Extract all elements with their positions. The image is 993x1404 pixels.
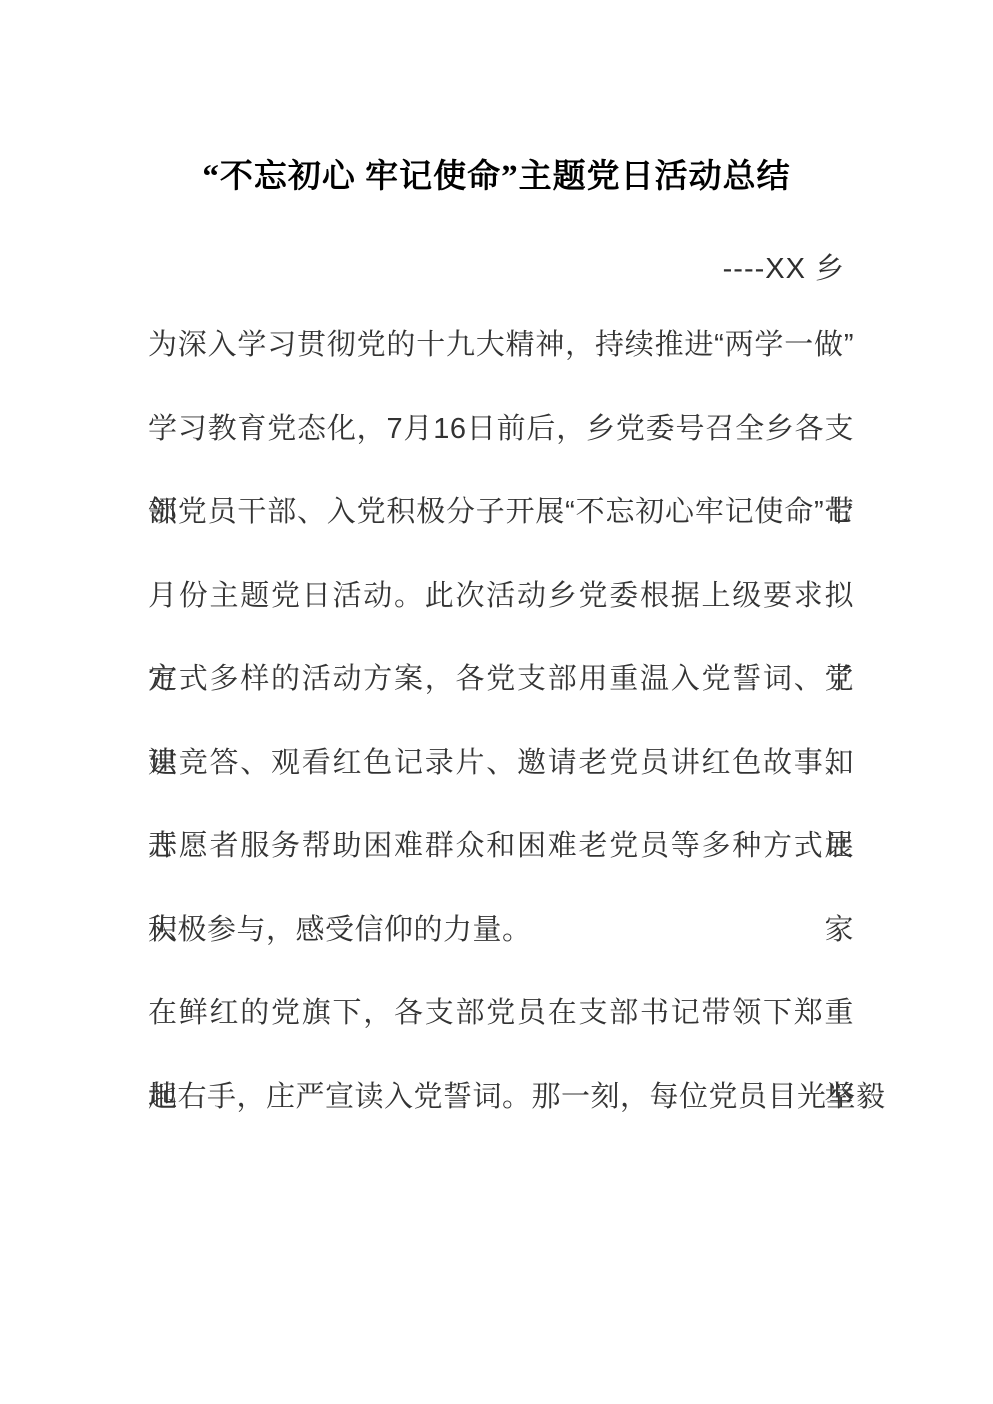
text-line: 领党员干部、入党积极分子开展“不忘初心牢记使命”七 (148, 471, 854, 555)
text-line: 学习教育党态化，7月16日前后，乡党委号召全乡各支部带 (148, 388, 854, 472)
text-line: 在鲜红的党旗下，各支部党员在支部书记带领下郑重地举 (148, 972, 854, 1056)
text-line: 方式多样的活动方案，各党支部用重温入党誓词、党建知 (148, 638, 854, 722)
text-line: 月份主题党日活动。此次活动乡党委根据上级要求拟定了 (148, 555, 854, 639)
page-title: “不忘初心 牢记使命”主题党日活动总结 (0, 150, 993, 197)
text-line: 起右手，庄严宣读入党誓词。那一刻，每位党员目光坚毅 (148, 1056, 854, 1140)
document-body: 为深入学习贯彻党的十九大精神，持续推进“两学一做” 学习教育党态化，7月16日前… (148, 304, 854, 1139)
byline: ----XX 乡 (723, 246, 845, 287)
text-line: 志愿者服务帮助困难群众和困难老党员等多种方式让大家 (148, 805, 854, 889)
text-line: 为深入学习贯彻党的十九大精神，持续推进“两学一做” (148, 304, 854, 388)
text-line: 识竞答、观看红色记录片、邀请老党员讲红色故事、开展 (148, 722, 854, 806)
document-page: “不忘初心 牢记使命”主题党日活动总结 ----XX 乡 为深入学习贯彻党的十九… (0, 0, 993, 1404)
